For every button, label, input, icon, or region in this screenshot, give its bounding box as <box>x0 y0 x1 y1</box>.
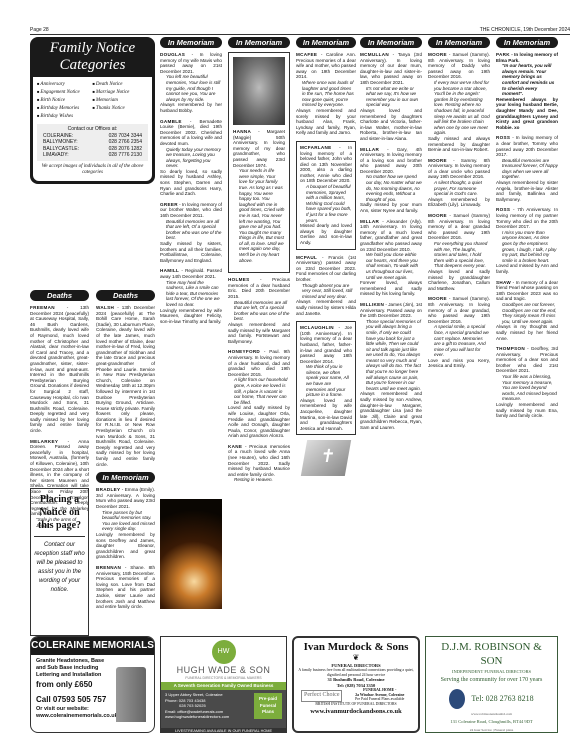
headstone-icon <box>116 667 146 722</box>
category-item: Engagement Notice <box>37 88 93 96</box>
djm-robinson-ad[interactable]: D.J.M. ROBINSON & SON INDEPENDENT FUNERA… <box>425 636 558 733</box>
memoriam-notice: PARK - In loving memory of Elma Park."In… <box>496 52 558 130</box>
category-item: Anniversary <box>37 80 93 88</box>
memoriam-notice: HONEYFORD - Paul. 9th Anniversary. In lo… <box>228 349 290 439</box>
memoriam-column-6: In Memoriam MOORE - Samuel (Sammy). 8th … <box>428 37 490 634</box>
office-row: LIMAVADY:028 7776 2130 <box>43 152 142 159</box>
deaths-header: Deaths <box>96 290 155 301</box>
hugh-wade-ad[interactable]: HW HUGH WADE & SON FUNERAL DIRECTORS & M… <box>160 636 287 733</box>
categories-column: Family Notice Categories Anniversary Dea… <box>30 37 155 184</box>
in-memoriam-header: In Memoriam <box>228 37 290 48</box>
category-item: Birthday Wishes <box>37 112 93 120</box>
notice-brennan: BRENNAN - Shane. 8th Anniversary, 15th D… <box>96 565 155 610</box>
notice-bradley: BRADLEY - Emma (Emily). 3rd Anniversary.… <box>96 487 155 560</box>
in-memoriam-header: In Memoriam <box>160 37 222 48</box>
header-rule <box>30 34 570 35</box>
memoriam-notice: MOORE - Sammy. 8th Anniversary. In lovin… <box>428 158 490 208</box>
memoriam-notice: ROSS - 7th Anniversary. In loving memory… <box>496 207 558 274</box>
memoriam-notice: GAMBLE - Bernadette Louise (Bernie), die… <box>160 119 222 197</box>
perfect-choice-logo: Perfect Choice <box>301 690 342 701</box>
memoriam-notice: MCPAUL - Francis (1st Anniversary) passe… <box>296 255 356 317</box>
memoriam-notice: DOUGLAS - In loving memory of my wife Ma… <box>160 52 222 114</box>
memoriam-notice: MILLIKEN - James (Jim), 1st Anniversary.… <box>360 302 422 431</box>
masthead: THE CHRONICLE, 19th December 2024 <box>480 27 570 33</box>
crest-icon <box>449 689 465 709</box>
family-notice-categories: Family Notice Categories Anniversary Dea… <box>30 37 155 184</box>
in-memoriam-header: In Memoriam <box>428 37 490 48</box>
ad-title: COLERAINE MEMORIALS <box>31 637 154 655</box>
hw-logo-icon: HW <box>212 640 236 664</box>
categories-title: Family Notice Categories <box>33 40 152 74</box>
notice-freeman: FREEMAN - 13th December 2024 (peacefully… <box>30 305 89 434</box>
hanna-photo-box: HANNA - Margaret (Maggie) 50th Anniversa… <box>228 52 290 273</box>
memoriam-notice: MCMULLAN - Tanya (3rd Anniversary). In l… <box>360 52 422 142</box>
memoriam-notice: GREER - In loving memory of our brother … <box>160 202 222 264</box>
deaths-column-2: Deaths WALSH - 13th December 2024 (peace… <box>96 290 155 615</box>
office-contacts: Contact our Offices at: COLERAINE:028 70… <box>37 124 148 161</box>
deaths-header: Deaths <box>30 290 89 301</box>
notice-walsh: WALSH - 13th December 2024 (peacefully) … <box>96 305 155 467</box>
ornament-icon: ❦ <box>297 654 415 662</box>
category-list: Anniversary Death Notice Engagement Noti… <box>37 80 148 120</box>
ad-phone: Tel: 028 2763 8218 <box>471 694 533 703</box>
memoriam-notice: MCAFEE - Caroline Ann. Precious memories… <box>296 52 356 136</box>
coleraine-memorials-ad[interactable]: COLERAINE MEMORIALS Granite Headstones, … <box>30 636 155 733</box>
memoriam-notice: MCFARLANE - In loving memory of a belove… <box>296 141 356 250</box>
ivan-murdock-ad[interactable]: Ivan Murdock & Sons ❦ FUNERAL DIRECTORS … <box>292 636 420 733</box>
page-number: Page 28 <box>30 27 49 33</box>
memoriam-column-3: In Memoriam HANNA - Margaret (Maggie) 50… <box>228 37 290 634</box>
category-item: Birth Notice <box>37 96 93 104</box>
memoriam-notice: KANE - Precious memories of a much loved… <box>228 444 290 483</box>
category-item: Memoriam <box>93 96 149 104</box>
category-item: Birthday Memories <box>37 104 93 112</box>
memoriam-notice: HANNA - Margaret (Maggie) 50th Anniversa… <box>233 129 285 263</box>
memoriam-notice: SHAW - In memory of a dear friend Pearl … <box>496 280 558 342</box>
memoriam-notice: MOORE - Samuel (Sammy). 8th Anniversary.… <box>428 52 490 153</box>
candle-image <box>160 499 222 609</box>
in-memoriam-header: In Memoriam <box>360 37 422 48</box>
bible-icon <box>301 440 351 476</box>
accept-note: We accept images of individuals in all o… <box>37 161 148 178</box>
memoriam-notice: ROSS - In loving memory of a dear brothe… <box>496 135 558 202</box>
category-item: Death Notice <box>93 80 149 88</box>
memoriam-notice: MILLAR - Gary, 4th Anniversary. In lovin… <box>360 147 422 214</box>
in-memoriam-header: In Memoriam <box>496 37 558 48</box>
memoriam-notice: HOLMES - Precious memories of a dear hus… <box>228 277 290 344</box>
memoriam-column-4: In Memoriam MCAFEE - Caroline Ann. Preci… <box>296 37 356 634</box>
memoriam-notice: MILLAR - Alexander (Ally). 14th Annivers… <box>360 219 422 297</box>
memoriam-column-5: In Memoriam MCMULLAN - Tanya (3rd Annive… <box>360 37 422 634</box>
placing-heading: Placing a Notice on this page? <box>34 493 85 537</box>
memoriam-notice: MCLAUGHLIN - Joe (10th Anniversary). In … <box>296 321 356 435</box>
portrait-photo <box>233 57 285 125</box>
category-item: Marriage Notice <box>93 88 149 96</box>
prepaid-plans-badge: Pre-paid Funeral Plans <box>254 693 282 719</box>
memoriam-column-7: In Memoriam PARK - In loving memory of E… <box>496 37 558 634</box>
ad-website[interactable]: www.ivanmurdockandsons.co.uk <box>297 708 415 716</box>
memoriam-notice: HAMILL - Reginald. Passed away 14th Dece… <box>160 268 222 324</box>
memoriam-notice: MOORE - Samuel (Sammy). 8th Anniversary.… <box>428 296 490 369</box>
category-item: Thanks Notice <box>93 104 149 112</box>
memoriam-notice: THOMPSON - Geoffrey, 3rd Anniversary. Pr… <box>496 346 558 419</box>
placing-text: Contact our reception staff who will be … <box>34 541 85 595</box>
placing-notice-box: Placing a Notice on this page? Contact o… <box>30 488 89 636</box>
in-memoriam-header: In Memoriam <box>296 37 356 48</box>
memoriam-notice: MOORE - Samuel (Sammy) 8th Anniversary. … <box>428 213 490 291</box>
in-memoriam-header: In Memoriam <box>96 472 155 483</box>
